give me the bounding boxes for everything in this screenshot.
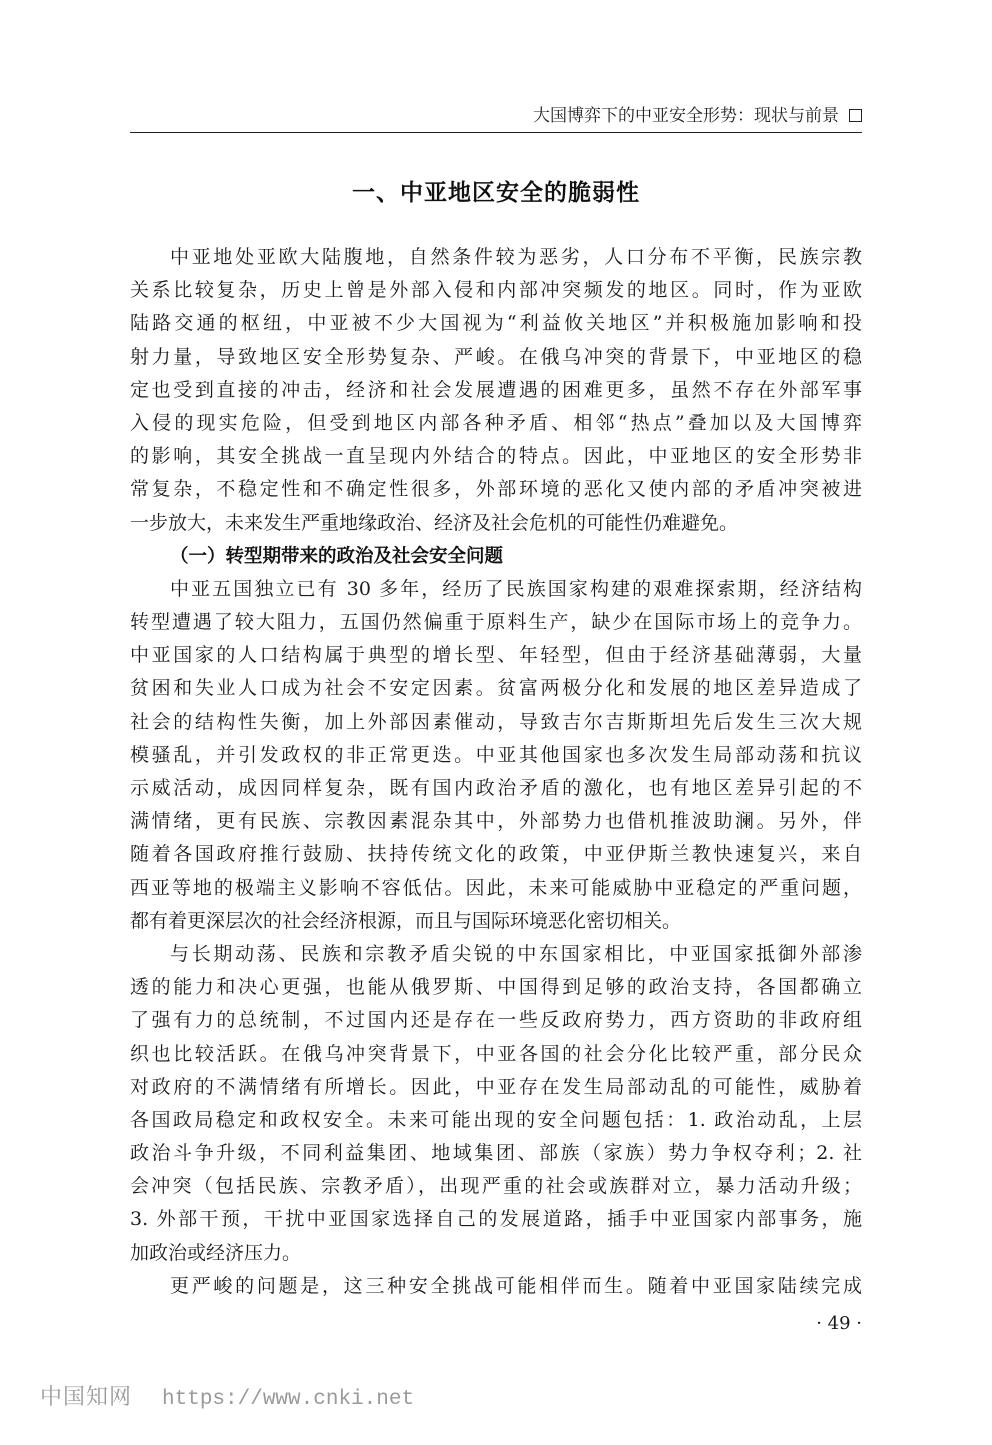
text-line: 中亚地处亚欧大陆腹地，自然条件较为恶劣，人口分布不平衡，民族宗教 [130, 241, 862, 274]
section-title: 一、中亚地区安全的脆弱性 [130, 176, 862, 210]
text-line: 社会的结构性失衡，加上外部因素催动，导致吉尔吉斯斯坦先后发生三次大规 [130, 706, 862, 739]
text-line: 各国政局稳定和政权安全。未来可能出现的安全问题包括：1. 政治动乱，上层 [130, 1104, 862, 1137]
text-line: 加政治或经济压力。 [130, 1237, 862, 1270]
text-line: 一步放大，未来发生严重地缘政治、经济及社会危机的可能性仍难避免。 [130, 507, 862, 540]
square-icon [849, 109, 862, 122]
watermark-name: 中国知网 [40, 1385, 132, 1410]
subsection-heading: （一）转型期带来的政治及社会安全问题 [130, 540, 862, 573]
text-line: 西亚等地的极端主义影响不容低估。因此，未来可能威胁中亚稳定的严重问题， [130, 872, 862, 905]
header-divider [130, 132, 862, 133]
text-line: 政治斗争升级，不同利益集团、地域集团、部族（家族）势力争权夺利；2. 社 [130, 1137, 862, 1170]
text-line: 贫困和失业人口成为社会不安定因素。贫富两极分化和发展的地区差异造成了 [130, 672, 862, 705]
text-line: 射力量，导致地区安全形势复杂、严峻。在俄乌冲突的背景下，中亚地区的稳 [130, 341, 862, 374]
text-line: 会冲突（包括民族、宗教矛盾），出现严重的社会或族群对立，暴力活动升级； [130, 1170, 862, 1203]
text-line: 中亚五国独立已有 30 多年，经历了民族国家构建的艰难探索期，经济结构 [130, 573, 862, 606]
text-line: 3. 外部干预，干扰中亚国家选择自己的发展道路，插手中亚国家内部事务，施 [130, 1203, 862, 1236]
text-line: 示威活动，成因同样复杂，既有国内政治矛盾的激化，也有地区差异引起的不 [130, 772, 862, 805]
text-line: 转型遭遇了较大阻力，五国仍然偏重于原料生产，缺少在国际市场上的竞争力。 [130, 606, 862, 639]
text-line: 透的能力和决心更强，也能从俄罗斯、中国得到足够的政治支持，各国都确立 [130, 971, 862, 1004]
text-line: 织也比较活跃。在俄乌冲突背景下，中亚各国的社会分化比较严重，部分民众 [130, 1038, 862, 1071]
text-line: 满情绪，更有民族、宗教因素混杂其中，外部势力也借机推波助澜。另外，伴 [130, 805, 862, 838]
text-line: 入侵的现实危险，但受到地区内部各种矛盾、相邻“热点”叠加以及大国博弈 [130, 407, 862, 440]
body-text: 中亚地处亚欧大陆腹地，自然条件较为恶劣，人口分布不平衡，民族宗教 关系比较复杂，… [130, 241, 862, 1303]
text-line: 对政府的不满情绪有所增长。因此，中亚存在发生局部动乱的可能性，威胁着 [130, 1071, 862, 1104]
text-line: 定也受到直接的冲击，经济和社会发展遭遇的困难更多，虽然不存在外部军事 [130, 374, 862, 407]
text-line: 都有着更深层次的社会经济根源，而且与国际环境恶化密切相关。 [130, 905, 862, 938]
watermark: 中国知网https://www.cnki.net [40, 1383, 414, 1413]
text-line: 关系比较复杂，历史上曾是外部入侵和内部冲突频发的地区。同时，作为亚欧 [130, 274, 862, 307]
text-line: 陆路交通的枢纽，中亚被不少大国视为“利益攸关地区”并积极施加影响和投 [130, 307, 862, 340]
document-page: 大国博弈下的中亚安全形势：现状与前景 一、中亚地区安全的脆弱性 中亚地处亚欧大陆… [0, 0, 992, 1445]
text-line: 中亚国家的人口结构属于典型的增长型、年轻型，但由于经济基础薄弱，大量 [130, 639, 862, 672]
running-header-title: 大国博弈下的中亚安全形势：现状与前景 [533, 106, 839, 126]
running-header: 大国博弈下的中亚安全形势：现状与前景 [130, 103, 862, 129]
text-line: 更严峻的问题是，这三种安全挑战可能相伴而生。随着中亚国家陆续完成 [130, 1270, 862, 1303]
text-line: 了强有力的总统制，不过国内还是存在一些反政府势力，西方资助的非政府组 [130, 1004, 862, 1037]
text-line: 模骚乱，并引发政权的非正常更迭。中亚其他国家也多次发生局部动荡和抗议 [130, 739, 862, 772]
text-line: 的影响，其安全挑战一直呈现内外结合的特点。因此，中亚地区的安全形势非 [130, 440, 862, 473]
watermark-url: https://www.cnki.net [162, 1388, 414, 1411]
text-line: 与长期动荡、民族和宗教矛盾尖锐的中东国家相比，中亚国家抵御外部渗 [130, 938, 862, 971]
text-line: 随着各国政府推行鼓励、扶持传统文化的政策，中亚伊斯兰教快速复兴，来自 [130, 838, 862, 871]
text-line: 常复杂，不稳定性和不确定性很多，外部环境的恶化又使内部的矛盾冲突被进 [130, 473, 862, 506]
page-number: · 49 · [760, 1312, 862, 1336]
